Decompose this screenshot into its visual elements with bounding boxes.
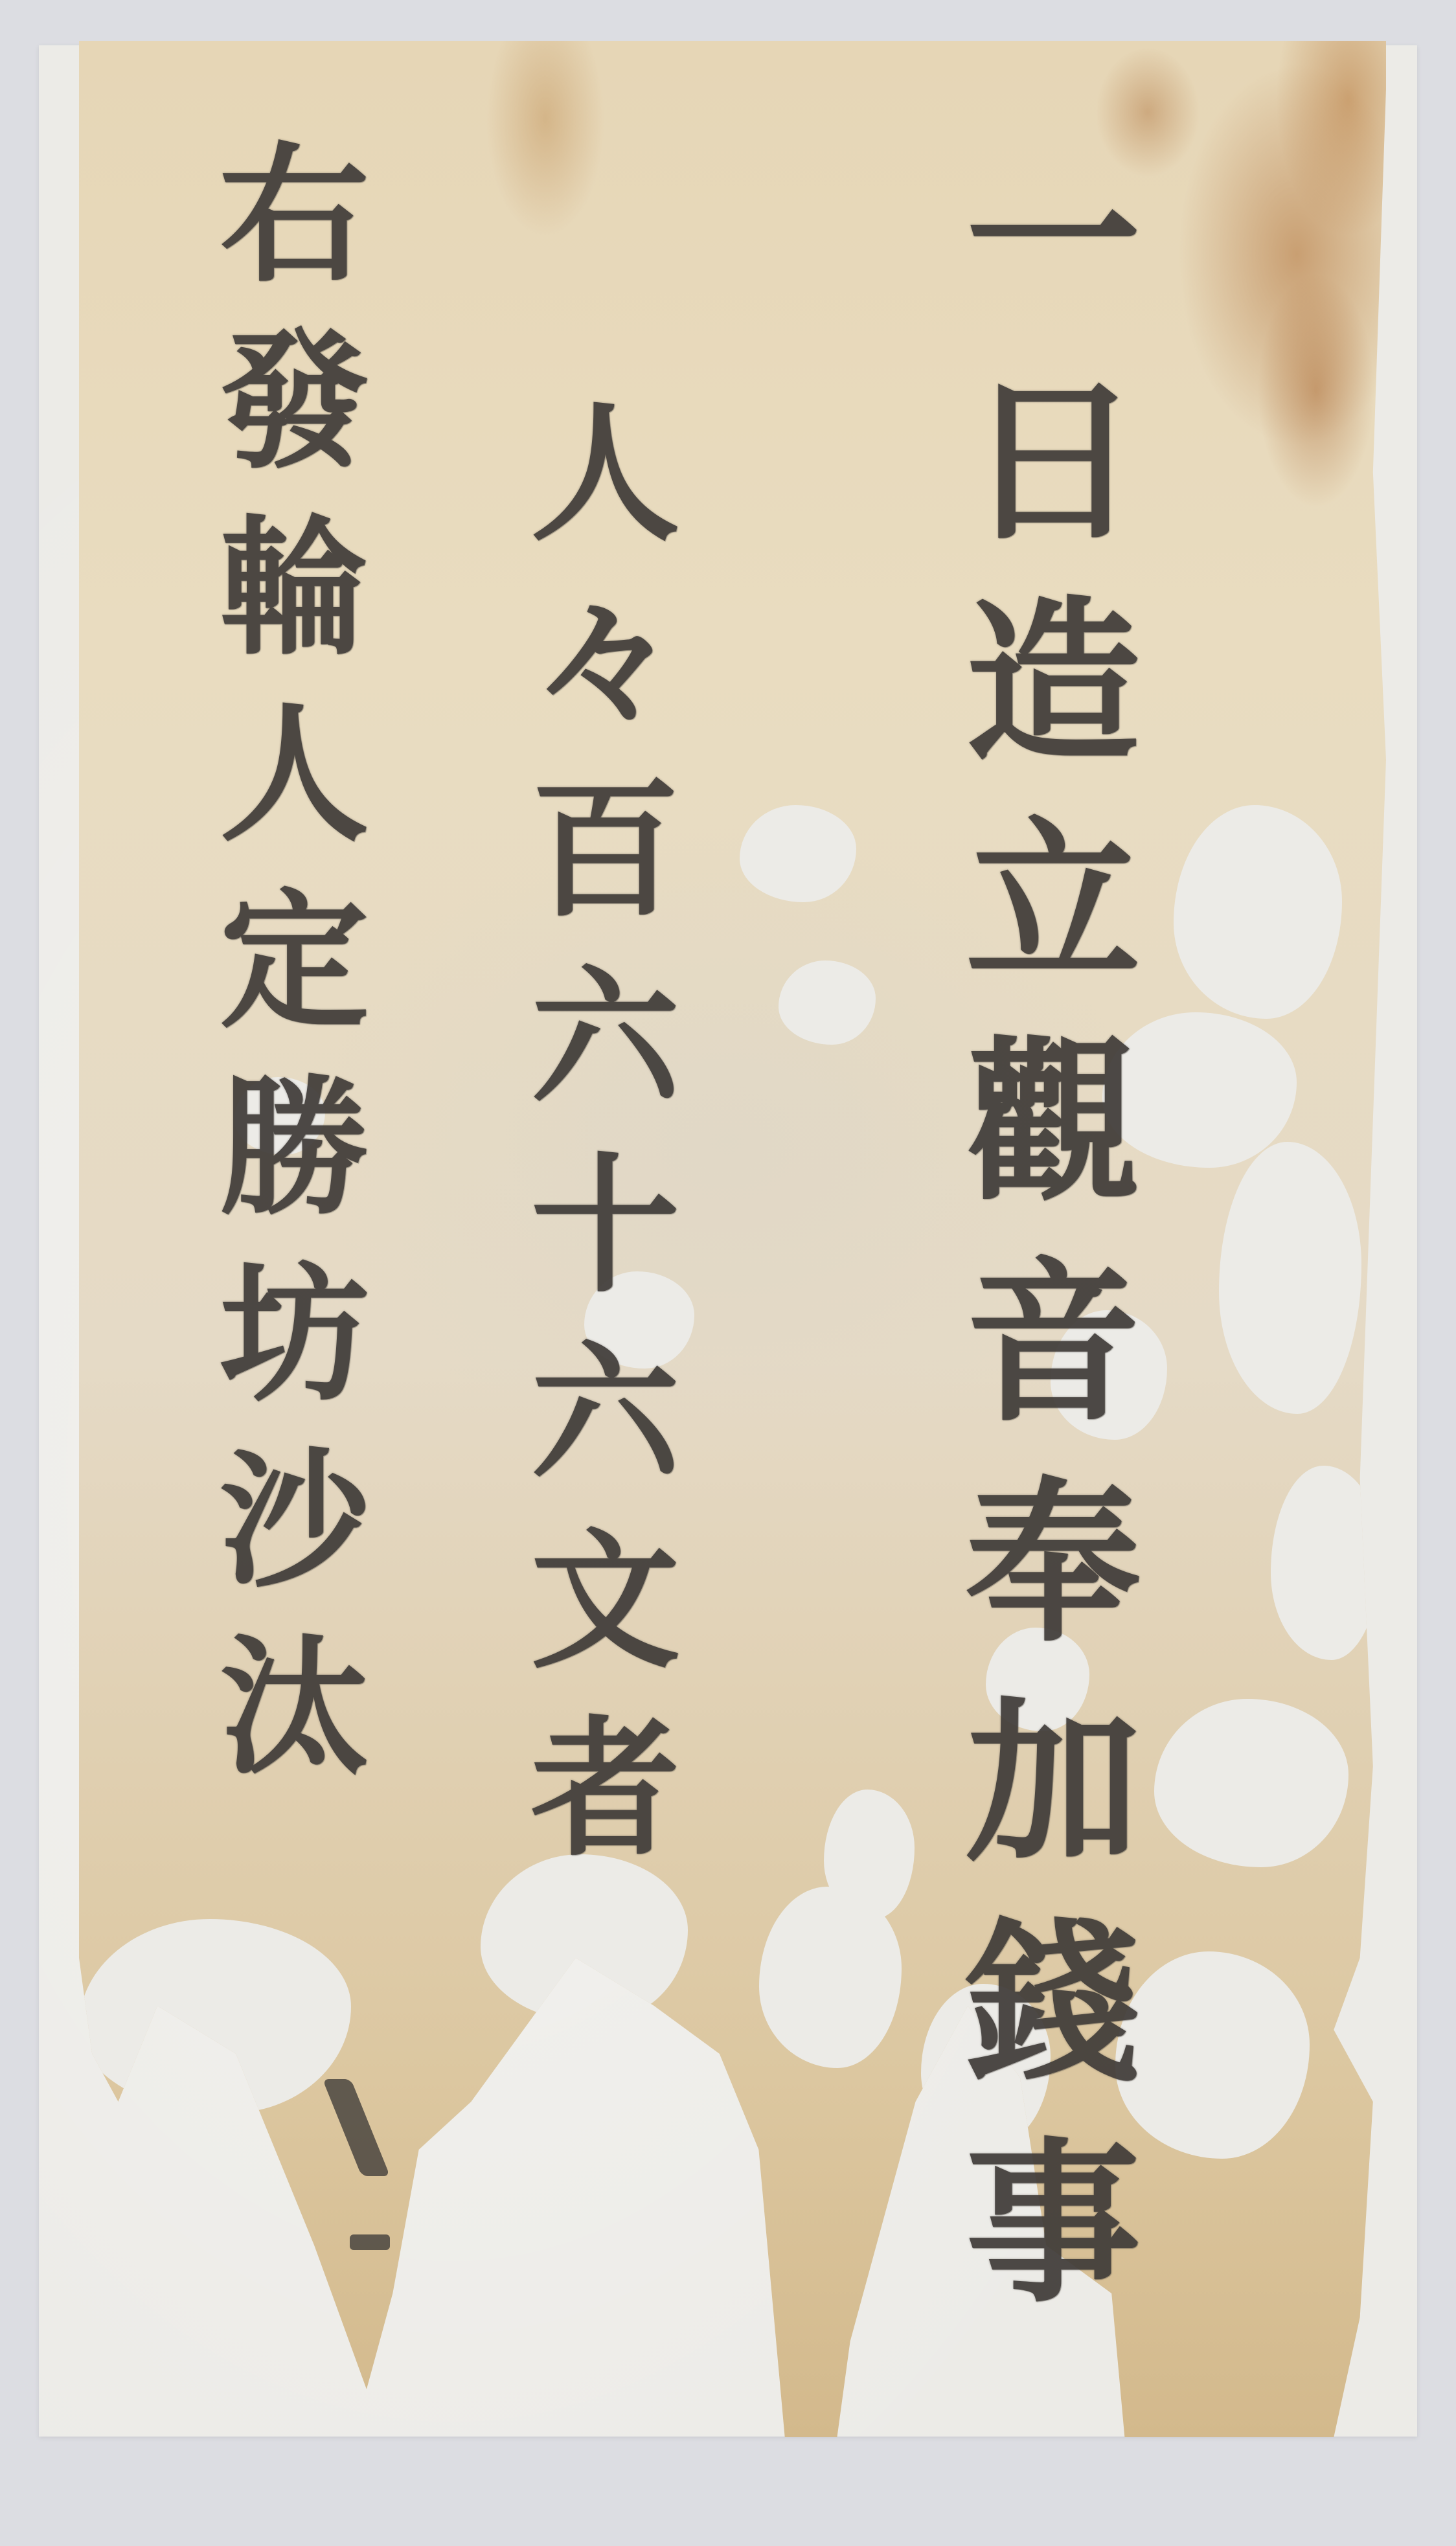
water-stain — [1258, 274, 1374, 507]
paper-loss — [740, 805, 856, 902]
paper-loss — [1115, 1951, 1310, 2159]
paper-loss — [779, 960, 876, 1045]
document-column-2: 人々百六十六文者 — [518, 395, 667, 1898]
document-column-3: 右發輪人定勝坊沙汰 — [207, 136, 356, 1815]
paper-loss — [1219, 1142, 1361, 1414]
document-column-1: 一日造立觀音奉加錢事 — [952, 149, 1127, 2351]
paper-loss — [1174, 805, 1342, 1019]
paper-loss — [759, 1887, 902, 2068]
fragmentary-ink-stroke — [350, 2234, 390, 2250]
paper-loss — [1154, 1699, 1348, 1867]
